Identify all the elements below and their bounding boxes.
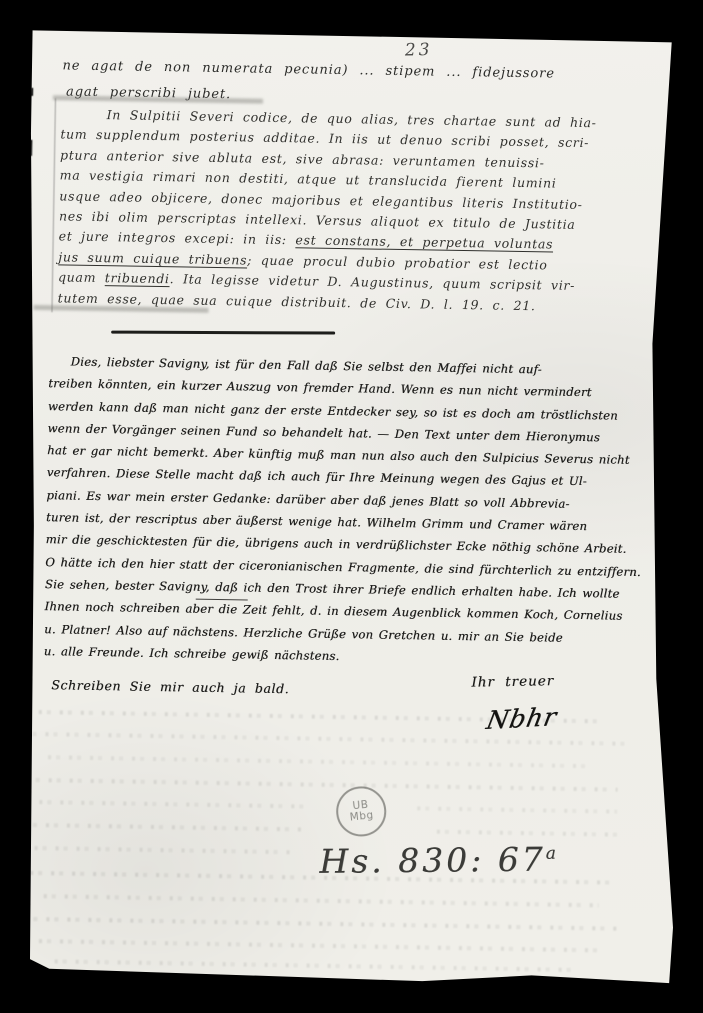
valediction: Ihr treuer <box>471 673 554 691</box>
latin-line-7-underlined: est constans, et perpetua voluntas <box>295 233 553 252</box>
bleedthrough-line <box>44 894 599 907</box>
scanned-manuscript-page: 23 ne agat de non numerata pecunia) ... … <box>0 0 703 1013</box>
latin-line-7-pre: et jure integros excepi: in iis: <box>59 229 296 248</box>
bleedthrough-line <box>25 917 620 931</box>
latin-line-9-underlined: tribuendi <box>105 270 170 286</box>
page-content: 23 ne agat de non numerata pecunia) ... … <box>14 28 673 996</box>
page-number: 23 <box>405 40 433 61</box>
bleedthrough-line <box>35 846 295 854</box>
latin-line-9-rest: . Ita legisse videtur D. Augustinus, quu… <box>170 271 576 293</box>
german-letter-body: Dies, liebster Savigny, ist für den Fall… <box>44 350 661 672</box>
bleedthrough-line <box>25 823 305 832</box>
bleedthrough-line <box>48 755 588 768</box>
edge-speck <box>28 140 32 156</box>
edge-speck <box>26 256 29 266</box>
latin-passage: In Sulpitii Severi codice, de quo alias,… <box>58 104 661 318</box>
bleedthrough-line <box>437 830 622 837</box>
latin-line-9-pre: quam <box>58 270 105 286</box>
shelfmark-text: Hs. 830: 67 <box>319 840 546 881</box>
edge-speck <box>30 88 33 96</box>
library-stamp: UB Mbg <box>334 784 389 839</box>
bleedthrough-line <box>28 778 618 792</box>
bleedthrough-line <box>24 732 624 746</box>
bleedthrough-line <box>39 939 599 952</box>
closing-request: Schreiben Sie mir auch ja bald. <box>51 677 289 696</box>
shelfmark-superscript: a <box>546 844 559 864</box>
bleedthrough-line <box>39 800 309 808</box>
latin-line-8-underlined: jus suum cuique tribuens <box>58 249 247 267</box>
shelfmark: Hs. 830: 67a <box>319 840 559 881</box>
bleedthrough-line <box>55 959 575 972</box>
latin-line-8-rest: ; quae procul dubio probatior est lectio <box>247 252 548 272</box>
stamp-line-mbg: Mbg <box>349 810 374 824</box>
latin-fragment-line-1: ne agat de non numerata pecunia) ... sti… <box>62 58 658 83</box>
pencil-box-left-edge <box>51 98 56 312</box>
paper-sheet: 23 ne agat de non numerata pecunia) ... … <box>30 28 673 985</box>
handwritten-divider-line <box>111 331 335 335</box>
bleedthrough-line <box>417 806 617 813</box>
